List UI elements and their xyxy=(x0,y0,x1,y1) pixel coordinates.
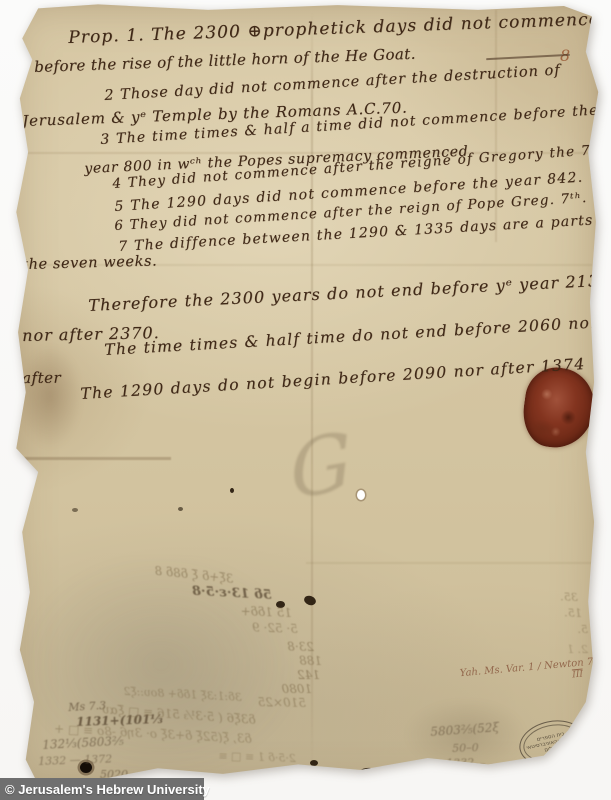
showthrough-line: 1080 xyxy=(281,683,312,695)
ink-blot xyxy=(303,594,317,607)
manuscript-paper-wrap: 8 G Yah. Ms. Var. 1 / Newton 7.3 III בית… xyxy=(8,2,600,792)
ink-blot xyxy=(310,760,318,766)
library-stamp-icon: בית הספריםהלאומי והאוניברסיטאיירושלים xyxy=(515,715,589,772)
showthrough-line: 2. 1 xyxy=(567,644,588,655)
manuscript-line: The 1290 days do not begin before 2090 n… xyxy=(80,357,586,402)
showthrough-line: +δ, □ = 4+6·15 ο xyxy=(0,637,20,652)
showthrough-line: 15 μδ □ — 5+δ ε 6ω xyxy=(0,616,20,634)
showthrough-line: 45 ξ5¾ ≡ □ xyxy=(436,760,504,775)
showthrough-line: 188 xyxy=(299,655,322,667)
paper-hole-white-ringed xyxy=(416,764,430,776)
shelfmark-sub: III xyxy=(572,668,604,681)
manuscript-paper: 8 G Yah. Ms. Var. 1 / Newton 7.3 III בית… xyxy=(8,2,600,792)
shelfmark-note: Yah. Ms. Var. 1 / Newton 7.3 III xyxy=(459,656,604,690)
ink-blot xyxy=(357,767,376,778)
manuscript-line: before the rise of the little horn of th… xyxy=(34,47,416,75)
manuscript-line: after xyxy=(22,371,61,386)
showthrough-line: 2·5·δ 1 ≡ □ ≡ xyxy=(218,750,296,764)
showthrough-line: 50–0 xyxy=(452,742,479,754)
manuscript-line: the seven weeks. xyxy=(22,254,157,272)
fold-crease-horizontal-3 xyxy=(306,562,594,564)
showthrough-line: 142 xyxy=(297,669,320,681)
paper-hole-white xyxy=(357,490,365,500)
manuscript-line: The time times & half time do not end be… xyxy=(104,315,599,358)
showthrough-g-mark: G xyxy=(287,416,355,517)
showthrough-line: Ms 7.3 xyxy=(68,700,106,713)
showthrough-line: 5. xyxy=(578,624,589,635)
showthrough-line: 5 δ, □ 18 ε 6, 15 xyxy=(0,655,20,670)
showthrough-line: 1οα, □ = 5 ·5δ·6·16) 3ο28 xyxy=(0,594,22,616)
manuscript-line: Therefore the 2300 years do not end befo… xyxy=(88,272,611,314)
tear-crease-left xyxy=(16,457,171,460)
showthrough-line: 15 1δδ+ xyxy=(240,605,292,619)
underline-flourish xyxy=(486,54,570,60)
credit-bar: © Jerusalem's Hebrew University xyxy=(0,778,204,800)
showthrough-line: 510×25 xyxy=(258,696,306,709)
showthrough-line: μ 2ηι ——5 ε 2·1δμ xyxy=(0,675,18,687)
ink-speck xyxy=(230,488,234,493)
manuscript-line: Prop. 1. The 2300 ⊕prophetick days did n… xyxy=(68,11,600,47)
showthrough-line: 1332 xyxy=(446,757,474,769)
red-wax-seal xyxy=(519,364,599,453)
showthrough-line: 35. xyxy=(560,591,578,603)
ink-speck xyxy=(178,507,183,511)
ink-speck xyxy=(72,508,78,512)
photo-canvas: 8 G Yah. Ms. Var. 1 / Newton 7.3 III בית… xyxy=(0,0,611,800)
showthrough-line: 23·8 xyxy=(287,641,314,653)
showthrough-line: 15. xyxy=(564,607,582,619)
paper-stain-left xyxy=(18,344,82,449)
showthrough-line: Δηυ— □ ≡ + ——3δ·+ xyxy=(0,577,26,598)
credit-text: © Jerusalem's Hebrew University xyxy=(0,782,210,797)
showthrough-line: 5· 52· 9 xyxy=(252,621,298,635)
showthrough-line: 5δ 13·ε·5·8 xyxy=(192,585,272,602)
showthrough-line: 1332 — 1372 xyxy=(38,753,112,767)
